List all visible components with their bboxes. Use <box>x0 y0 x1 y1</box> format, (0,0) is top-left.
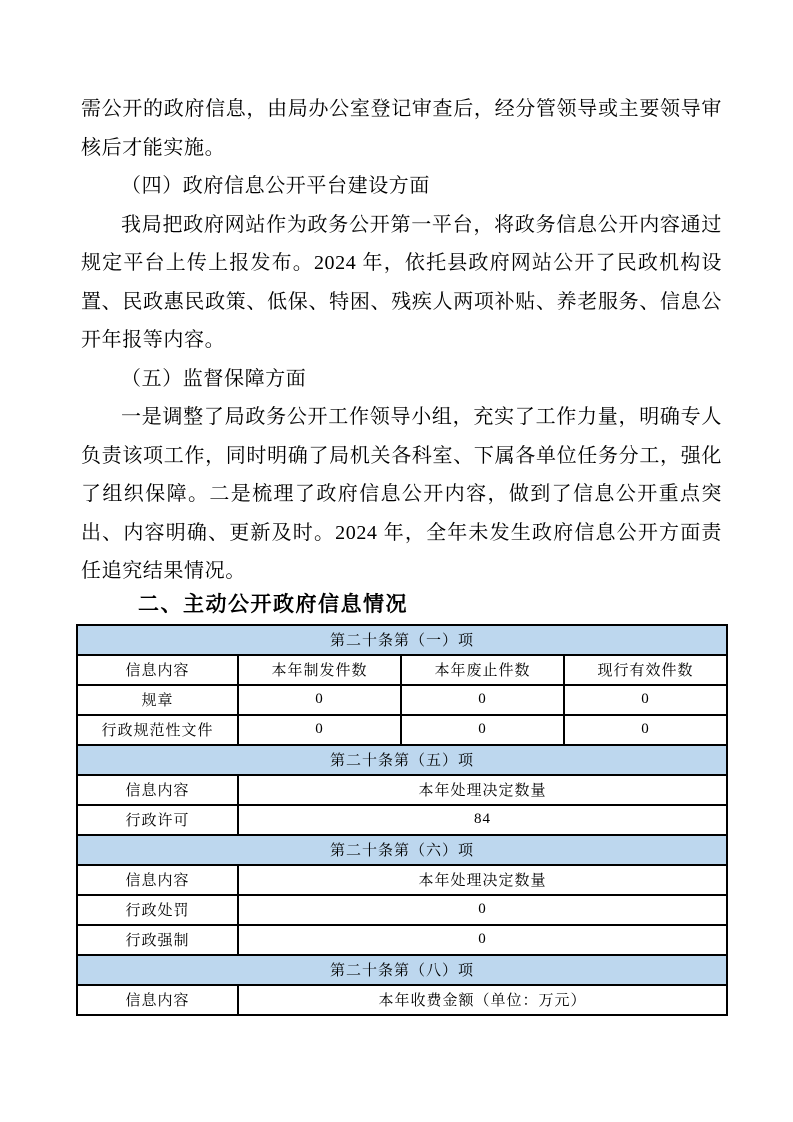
table-row-label: 行政处罚 <box>77 895 238 925</box>
table-column-header: 本年处理决定数量 <box>238 775 727 805</box>
paragraph-supervision-guarantee: 一是调整了局政务公开工作领导小组，充实了工作力量，明确专人负责该项工作，同时明确… <box>81 398 722 591</box>
table-row-label: 行政强制 <box>77 925 238 955</box>
subheading-platform-construction: （四）政府信息公开平台建设方面 <box>81 167 722 206</box>
document-content: 需公开的政府信息，由局办公室登记审查后，经分管领导或主要领导审核后才能实施。 （… <box>0 0 793 1016</box>
table-row-label: 行政规范性文件 <box>77 715 238 745</box>
section-heading-active-disclosure: 二、主动公开政府信息情况 <box>138 593 726 617</box>
table-cell-value: 0 <box>238 715 401 745</box>
table-header-row: 信息内容本年处理决定数量 <box>77 775 727 805</box>
table-section-row: 第二十条第（五）项 <box>77 745 727 775</box>
table-cell-value: 84 <box>238 805 727 835</box>
disclosure-table: 第二十条第（一）项信息内容本年制发件数本年废止件数现行有效件数规章000行政规范… <box>76 624 728 1016</box>
table-header-row: 信息内容本年制发件数本年废止件数现行有效件数 <box>77 655 727 685</box>
table-data-row: 行政许可84 <box>77 805 727 835</box>
table-cell-value: 0 <box>238 685 401 715</box>
table-column-header: 本年收费金额（单位：万元） <box>238 985 727 1015</box>
table-cell-value: 0 <box>564 715 727 745</box>
table-section-row: 第二十条第（六）项 <box>77 835 727 865</box>
table-cell-value: 0 <box>401 685 564 715</box>
subheading-supervision-guarantee: （五）监督保障方面 <box>81 360 722 399</box>
table-column-header: 本年废止件数 <box>401 655 564 685</box>
table-header-row: 信息内容本年收费金额（单位：万元） <box>77 985 727 1015</box>
table-data-row: 行政规范性文件000 <box>77 715 727 745</box>
table-section-row: 第二十条第（八）项 <box>77 955 727 985</box>
table-cell-value: 0 <box>564 685 727 715</box>
table-column-header: 现行有效件数 <box>564 655 727 685</box>
disclosure-table-body: 第二十条第（一）项信息内容本年制发件数本年废止件数现行有效件数规章000行政规范… <box>77 625 727 1015</box>
table-data-row: 行政处罚0 <box>77 895 727 925</box>
table-column-header: 信息内容 <box>77 655 238 685</box>
table-data-row: 行政强制0 <box>77 925 727 955</box>
paragraph-approval-continuation: 需公开的政府信息，由局办公室登记审查后，经分管领导或主要领导审核后才能实施。 <box>81 90 722 167</box>
table-section-header: 第二十条第（一）项 <box>77 625 727 655</box>
table-column-header: 信息内容 <box>77 985 238 1015</box>
table-cell-value: 0 <box>401 715 564 745</box>
table-section-header: 第二十条第（八）项 <box>77 955 727 985</box>
table-column-header: 本年制发件数 <box>238 655 401 685</box>
table-section-header: 第二十条第（五）项 <box>77 745 727 775</box>
paragraph-platform-construction: 我局把政府网站作为政务公开第一平台，将政务信息公开内容通过规定平台上传上报发布。… <box>81 206 722 360</box>
table-column-header: 本年处理决定数量 <box>238 865 727 895</box>
table-section-header: 第二十条第（六）项 <box>77 835 727 865</box>
document-page: 需公开的政府信息，由局办公室登记审查后，经分管领导或主要领导审核后才能实施。 （… <box>0 0 793 1122</box>
table-data-row: 规章000 <box>77 685 727 715</box>
table-column-header: 信息内容 <box>77 775 238 805</box>
table-header-row: 信息内容本年处理决定数量 <box>77 865 727 895</box>
table-row-label: 规章 <box>77 685 238 715</box>
table-cell-value: 0 <box>238 895 727 925</box>
table-column-header: 信息内容 <box>77 865 238 895</box>
table-row-label: 行政许可 <box>77 805 238 835</box>
table-section-row: 第二十条第（一）项 <box>77 625 727 655</box>
table-cell-value: 0 <box>238 925 727 955</box>
